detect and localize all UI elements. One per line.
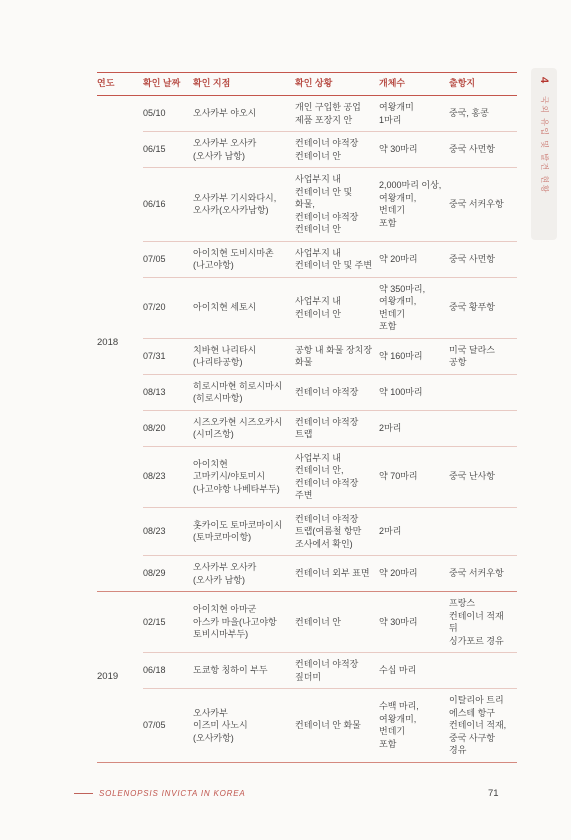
table-row: 06/15오사카부 오사카 (오사카 남항)컨테이너 야적장 컨테이너 안약 3… bbox=[97, 132, 517, 168]
origin-cell: 프랑스 컨테이너 적재 뒤 싱가포르 경유 bbox=[449, 592, 517, 653]
count-cell: 여왕개미 1마리 bbox=[379, 96, 449, 132]
chapter-number: 4 bbox=[538, 77, 550, 83]
table-row: 08/23아이치현 고마키시/야토미시 (나고야항 나베타부두)사업부지 내 컨… bbox=[97, 446, 517, 507]
date-cell: 08/29 bbox=[143, 556, 193, 592]
date-cell: 08/13 bbox=[143, 374, 193, 410]
count-cell: 약 20마리 bbox=[379, 556, 449, 592]
date-cell: 07/20 bbox=[143, 277, 193, 338]
origin-cell: 중국 난사항 bbox=[449, 446, 517, 507]
location-cell: 치바현 나리타시 (나리타공항) bbox=[193, 338, 295, 374]
date-cell: 08/23 bbox=[143, 446, 193, 507]
table-row: 07/05오사카부 이즈미 사노시 (오사카항)컨테이너 안 화물수백 마리, … bbox=[97, 689, 517, 763]
table-row: 201902/15아이치현 아마군 아스카 마을(나고야항 토비시마부두)컨테이… bbox=[97, 592, 517, 653]
situation-cell: 컨테이너 야적장 컨테이너 안 bbox=[295, 132, 379, 168]
situation-cell: 사업부지 내 컨테이너 안, 컨테이너 야적장 주변 bbox=[295, 446, 379, 507]
location-cell: 오사카부 오사카 (오사카 남항) bbox=[193, 556, 295, 592]
situation-cell: 컨테이너 안 화물 bbox=[295, 689, 379, 763]
column-header: 연도 bbox=[97, 73, 143, 96]
column-header: 확인 날짜 bbox=[143, 73, 193, 96]
situation-cell: 공항 내 화물 장치장 화물 bbox=[295, 338, 379, 374]
origin-cell bbox=[449, 507, 517, 556]
situation-cell: 컨테이너 야적장 bbox=[295, 374, 379, 410]
situation-cell: 컨테이너 야적장 트랩 bbox=[295, 410, 379, 446]
table-row: 07/05아이치현 도비시마촌 (나고야항)사업부지 내 컨테이너 안 및 주변… bbox=[97, 241, 517, 277]
fire-ant-confirmation-table: 연도확인 날짜확인 지점확인 상황개체수출항지 201805/10오사카부 야오… bbox=[97, 72, 517, 763]
count-cell: 2,000마리 이상, 여왕개미, 번데기 포함 bbox=[379, 168, 449, 242]
location-cell: 오사카부 야오시 bbox=[193, 96, 295, 132]
date-cell: 05/10 bbox=[143, 96, 193, 132]
location-cell: 시즈오카현 시즈오카시 (시미즈항) bbox=[193, 410, 295, 446]
situation-cell: 개인 구입한 공업 제품 포장지 안 bbox=[295, 96, 379, 132]
situation-cell: 사업부지 내 컨테이너 안 bbox=[295, 277, 379, 338]
origin-cell bbox=[449, 374, 517, 410]
table-row: 06/16오사카부 기시와다시, 오사카(오사카남항)사업부지 내 컨테이너 안… bbox=[97, 168, 517, 242]
location-cell: 오사카부 이즈미 사노시 (오사카항) bbox=[193, 689, 295, 763]
origin-cell: 중국 사먼항 bbox=[449, 241, 517, 277]
date-cell: 07/31 bbox=[143, 338, 193, 374]
situation-cell: 사업부지 내 컨테이너 안 및 화물, 컨테이너 야적장 컨테이너 안 bbox=[295, 168, 379, 242]
origin-cell: 이탈리아 트리 에스테 항구 컨테이너 적재, 중국 사구항 경유 bbox=[449, 689, 517, 763]
chapter-side-tab: 4 국외 유입 및 발견 현황 bbox=[531, 68, 557, 240]
table-header: 연도확인 날짜확인 지점확인 상황개체수출항지 bbox=[97, 73, 517, 96]
origin-cell: 중국, 홍콩 bbox=[449, 96, 517, 132]
location-cell: 오사카부 기시와다시, 오사카(오사카남항) bbox=[193, 168, 295, 242]
count-cell: 약 30마리 bbox=[379, 592, 449, 653]
count-cell: 약 20마리 bbox=[379, 241, 449, 277]
year-cell: 2019 bbox=[97, 592, 143, 763]
book-page: { "side_tab": { "chapter_number": "4", "… bbox=[0, 0, 571, 840]
situation-cell: 사업부지 내 컨테이너 안 및 주변 bbox=[295, 241, 379, 277]
table-row: 201805/10오사카부 야오시개인 구입한 공업 제품 포장지 안여왕개미 … bbox=[97, 96, 517, 132]
origin-cell bbox=[449, 653, 517, 689]
table-row: 07/20아이치현 세토시사업부지 내 컨테이너 안약 350마리, 여왕개미,… bbox=[97, 277, 517, 338]
location-cell: 오사카부 오사카 (오사카 남항) bbox=[193, 132, 295, 168]
location-cell: 홋카이도 토마코마이시 (토마코마이항) bbox=[193, 507, 295, 556]
count-cell: 2마리 bbox=[379, 507, 449, 556]
year-cell: 2018 bbox=[97, 96, 143, 592]
location-cell: 히로시마현 히로시마시 (히로시마항) bbox=[193, 374, 295, 410]
situation-cell: 컨테이너 야적장 트랩(여름철 항만 조사에서 확인) bbox=[295, 507, 379, 556]
table-row: 08/23홋카이도 토마코마이시 (토마코마이항)컨테이너 야적장 트랩(여름철… bbox=[97, 507, 517, 556]
date-cell: 07/05 bbox=[143, 689, 193, 763]
situation-cell: 컨테이너 야적장 짚더미 bbox=[295, 653, 379, 689]
location-cell: 아이치현 도비시마촌 (나고야항) bbox=[193, 241, 295, 277]
count-cell: 2마리 bbox=[379, 410, 449, 446]
count-cell: 수십 마리 bbox=[379, 653, 449, 689]
situation-cell: 컨테이너 외부 표면 bbox=[295, 556, 379, 592]
column-header: 개체수 bbox=[379, 73, 449, 96]
date-cell: 06/18 bbox=[143, 653, 193, 689]
table-row: 08/20시즈오카현 시즈오카시 (시미즈항)컨테이너 야적장 트랩2마리 bbox=[97, 410, 517, 446]
book-title: SOLENOPSIS INVICTA IN KOREA bbox=[99, 786, 246, 801]
column-header: 확인 지점 bbox=[193, 73, 295, 96]
column-header: 출항지 bbox=[449, 73, 517, 96]
date-cell: 07/05 bbox=[143, 241, 193, 277]
date-cell: 08/23 bbox=[143, 507, 193, 556]
date-cell: 08/20 bbox=[143, 410, 193, 446]
count-cell: 약 350마리, 여왕개미, 번데기 포함 bbox=[379, 277, 449, 338]
origin-cell: 중국 사먼항 bbox=[449, 132, 517, 168]
origin-cell: 중국 서커우항 bbox=[449, 168, 517, 242]
count-cell: 수백 마리, 여왕개미, 번데기 포함 bbox=[379, 689, 449, 763]
count-cell: 약 30마리 bbox=[379, 132, 449, 168]
count-cell: 약 100마리 bbox=[379, 374, 449, 410]
date-cell: 02/15 bbox=[143, 592, 193, 653]
count-cell: 약 70마리 bbox=[379, 446, 449, 507]
origin-cell bbox=[449, 410, 517, 446]
date-cell: 06/16 bbox=[143, 168, 193, 242]
page-footer: SOLENOPSIS INVICTA IN KOREA 71 bbox=[0, 786, 571, 802]
chapter-title-vertical: 국외 유입 및 발견 현황 bbox=[538, 96, 550, 194]
origin-cell: 중국 황푸항 bbox=[449, 277, 517, 338]
page-container: 4 국외 유입 및 발견 현황 연도확인 날짜확인 지점확인 상황개체수출항지 … bbox=[0, 0, 571, 840]
origin-cell: 미국 달라스 공항 bbox=[449, 338, 517, 374]
location-cell: 도쿄항 칭하이 부두 bbox=[193, 653, 295, 689]
location-cell: 아이치현 세토시 bbox=[193, 277, 295, 338]
table-row: 07/31치바현 나리타시 (나리타공항)공항 내 화물 장치장 화물약 160… bbox=[97, 338, 517, 374]
table-row: 06/18도쿄항 칭하이 부두컨테이너 야적장 짚더미수십 마리 bbox=[97, 653, 517, 689]
footer-dash-rule bbox=[74, 793, 93, 794]
column-header: 확인 상황 bbox=[295, 73, 379, 96]
count-cell: 약 160마리 bbox=[379, 338, 449, 374]
table-row: 08/13히로시마현 히로시마시 (히로시마항)컨테이너 야적장약 100마리 bbox=[97, 374, 517, 410]
location-cell: 아이치현 아마군 아스카 마을(나고야항 토비시마부두) bbox=[193, 592, 295, 653]
table-row: 08/29오사카부 오사카 (오사카 남항)컨테이너 외부 표면약 20마리중국… bbox=[97, 556, 517, 592]
location-cell: 아이치현 고마키시/야토미시 (나고야항 나베타부두) bbox=[193, 446, 295, 507]
origin-cell: 중국 서커우항 bbox=[449, 556, 517, 592]
page-number: 71 bbox=[488, 786, 499, 801]
situation-cell: 컨테이너 안 bbox=[295, 592, 379, 653]
date-cell: 06/15 bbox=[143, 132, 193, 168]
